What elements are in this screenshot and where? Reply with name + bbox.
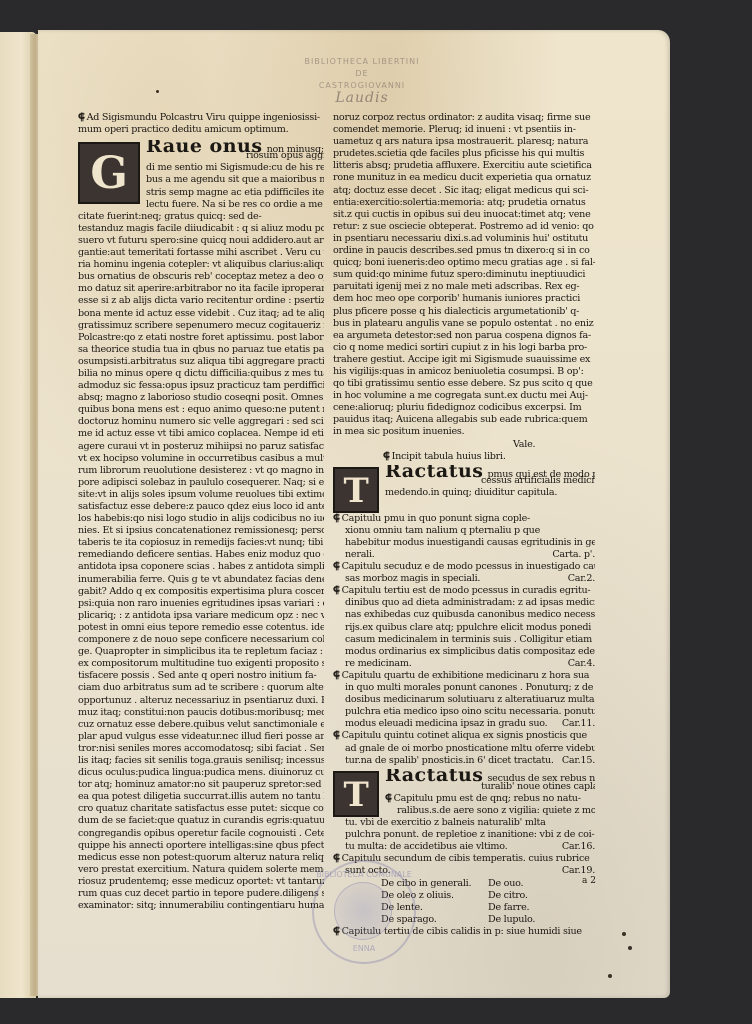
body-line: bona mente id actuz esse videbit . Cuz i… [78,308,324,320]
chapter-entry: ⸿Capitulu quintu cotinet aliqua ex signi… [333,730,595,766]
stamp-text: BIBLIOTECA COMUNALE [314,870,414,879]
body-line: opportunuz . alteruz necessariuz in psen… [78,695,324,707]
body-line: ge. Quapropter in simplicibus ita te rep… [78,646,324,658]
chapter-line: pulchra ponunt. de repletioe z inanition… [333,829,595,841]
chapter-line: sas morboz magis in speciali.Car.2. [333,573,595,585]
body-line: comendet memorie. Pleruq; id inueni : vt… [333,124,595,136]
pilcrow-icon: ⸿ [333,513,340,524]
chapter-entry: ⸿Capitulu pmu in quo ponunt signa cople-… [333,513,595,561]
body-line: cene:alioruq; pluriu fidedignoz codicibu… [333,402,595,414]
pilcrow-icon: ⸿ [333,730,340,741]
folio-reference: Car.4. [568,658,595,670]
pilcrow-icon: ⸿ [385,793,392,804]
stamp-line: BIBLIOTHECA LIBERTINI [302,56,422,68]
chapter-line: rijs.ex quibus clare atq; ppulchre elici… [333,622,595,634]
chapter-line: pulchra etia medico ipso oino scitu nece… [333,706,595,718]
stamp-text: ENNA [314,944,414,953]
rubric-item: De lupulo. [488,914,595,926]
chapter-line: ⸿Capitulu tertiu est de modo pcessus in … [333,585,595,597]
folio-reference: Car.2. [568,573,595,585]
folio-reference: Carta. p'. [552,549,595,561]
chapter-line: ⸿Capitulu pmu est de qnq; rebus no natu- [385,793,595,805]
chapter-line: ⸿Capitulu quintu cotinet aliqua ex signi… [333,730,595,742]
decorated-initial-t: T [333,467,379,513]
body-line: uametuz q ars natura ipsa mostrauerit. p… [333,136,595,148]
body-line: sum quid:qo minime futuz spero:diminutu … [333,269,595,281]
body-line: paruitati igenij mei z no male meti adsc… [333,281,595,293]
body-line: remediando deficere sentias. Habes eniz … [78,549,324,561]
body-line: los habebis:qo nisi logo studio in alijs… [78,513,324,525]
chapter-line: dinibus quo ad dieta administradam: z ad… [333,597,595,609]
rubric-item: De citro. [488,890,595,902]
paper-spot [622,932,626,936]
body-line: sa theorice studia tua in qbus no paruaz… [78,344,324,356]
body-line: his vigilijs:quas in amicoz beniuoletia … [333,366,595,378]
body-line: admoduz sic fessa:opus ipsuz practicuz t… [78,380,324,392]
table-heading: ⸿Incipit tabula huius libri. [333,451,595,463]
body-line: ea argumeta detestor:sed non parua cospe… [333,330,595,342]
body-line: in mea sic positum inuenies. [333,426,595,438]
library-stamp-bottom: BIBLIOTECA COMUNALE ENNA [312,860,416,964]
pilcrow-icon: ⸿ [333,585,340,596]
body-line: esse si z ab alijs dicta vario recitentu… [78,295,324,307]
pilcrow-icon: ⸿ [333,561,340,572]
body-line: taberis te ita copiosuz in remedijs faci… [78,537,324,549]
body-line: nies. Et si ipsius concatenationez remis… [78,525,324,537]
paper-spot [628,946,632,950]
body-line: gabit? Addo q ex compositis expertisima … [78,586,324,598]
body-line: gratissimuz scribere sepenumero mecuz co… [78,320,324,332]
body-line: rum librorum reuolutione desisterez : vt… [78,465,324,477]
body-line: congregandis opibus operetur facile cogn… [78,828,324,840]
dedication-line: mum operi practico deditu amicum optimum… [78,124,324,136]
chapter-line: habebitur modus inuestigandi causas egri… [333,537,595,549]
body-line: potest in omni eius tepore remedio esse … [78,622,324,634]
chapter-line: tu multa: de accidetibus aie vltimo.Car.… [333,841,595,853]
chapter-line: tu. vbi de exercitio z balneis naturalib… [333,817,595,829]
body-line: entia:exercitio:solertia:memoria: atq; p… [333,197,595,209]
body-line: quibus bona mens est : equo animo queso:… [78,404,324,416]
body-line: doctoruz hominu numero sic velle aggrega… [78,416,324,428]
library-stamp-top: BIBLIOTHECA LIBERTINI DE CASTROGIOVANNI … [302,56,422,116]
decorated-initial-t: T [333,771,379,817]
chapter-line: ad gnale de oi morbo pnosticatione mltu … [333,743,595,755]
chapter-line: modus eleuadi medicina ipsaz in gradu su… [333,718,595,730]
body-line: atq; doctuz esse decet . Sic itaq; eliga… [333,185,595,197]
paper-spot [608,974,612,978]
body-text: testanduz magis facile diiudicabit : q s… [78,223,324,912]
body-line: cio q nome medici sortiri cupiut z in hi… [333,342,595,354]
stamp-emblem-icon [334,882,392,940]
signature-mark: a 2 [582,876,596,886]
body-line: psi:quia non raro inuenies egritudines i… [78,598,324,610]
body-line: absq; magno z laborioso studio coseqni p… [78,392,324,404]
body-line: dum de se faciet:que quatuz in curandis … [78,815,324,827]
body-line: quicq; boni iueneris:deo optimo mecu gra… [333,257,595,269]
chapter-line: ⸿Capitulu secuduz e de modo pcessus in i… [333,561,595,573]
decorated-initial-g: G [78,142,140,204]
body-line: examinator: sitq; innumerabiliu continge… [78,900,324,912]
body-line: in psentiaru necessariu dixi.s.ad volumi… [333,233,595,245]
body-line: vero prestat exercitium. Natura quidem s… [78,864,324,876]
body-line: antidota ipsa coponere scias . habes z a… [78,561,324,573]
body-line: inumerabilia ferre. Quis g te vt abundat… [78,574,324,586]
body-line: ordine in paucis describes.sed pmus tn d… [333,245,595,257]
body-line: pore adipisci solebaz in paululo coseque… [78,477,324,489]
vale-line: Vale. [333,439,595,451]
body-line: medicus esse non potest:quorum alteruz n… [78,852,324,864]
body-line: noruz corpoz rectus ordinator: z audita … [333,112,595,124]
body-line: riosuz prudentemq; esse medicuz oportet:… [78,876,324,888]
body-line: vt ex hocipso volumine in occurretibus c… [78,453,324,465]
stamp-line: DE [302,68,422,80]
chapter-line: nerali.Carta. p'. [333,549,595,561]
body-line: tor atq; hominuz amator:no sit pauperuz … [78,779,324,791]
body-line: pauidus itaq; Auicena allegabis sub eade… [333,414,595,426]
paper-spot [156,90,159,93]
body-line: osumpsisti.arbitratus suz aliqua tibi ag… [78,356,324,368]
chapter-line: modus ordinarius ex simplicibus datis co… [333,646,595,658]
body-line: citate fuerint:neq; gratus quicq: sed de… [78,211,324,223]
body-line: stris semp magne ac etia pdifficiles ite… [146,187,324,199]
chapter-line: tur.na de spalib' pnosticis.in 6' dicet … [333,755,595,767]
body-line: satisfactuz esse debere:z pauco qdez eiu… [78,501,324,513]
body-line: muz itaq; constitui:non paucis dotibus:m… [78,707,324,719]
body-line: qo tibi gratissimu sentio esse debere. S… [333,378,595,390]
body-line: rone munituz in ea medicu ducit experiet… [333,172,595,184]
body-line: ria hominu ingenia cotepler: vt aliquibu… [78,259,324,271]
chapter-entry: ⸿Capitulu tertiu est de modo pcessus in … [333,585,595,670]
chapter-line: nas exhibedas cuz quibusda canonibus med… [333,609,595,621]
body-line: mo datuz sit aperire:arbitrabor no ita f… [78,283,324,295]
body-line: agere curaui vt in posteruz mihiipsi no … [78,441,324,453]
stamp-signature: Laudis [302,92,422,104]
body-line: tisfacere possis . Sed ante q operi nost… [78,670,324,682]
body-line: litteris absq; prudetia affluxere. Exerc… [333,160,595,172]
body-line: plus pficere posse q his dialecticis arg… [333,306,595,318]
chapter-line: ⸿Capitulu quartu de exhibitione medicina… [333,670,595,682]
body-line: gantie:aut temeritati fortasse mihi ascr… [78,247,324,259]
body-line: sit.z qui cuctis in opibus sui deu inuoc… [333,209,595,221]
body-line: componere z de nouo sepe conficere neces… [78,634,324,646]
body-line: site:vt in alijs soles ipsum volume reuo… [78,489,324,501]
chapter-line: re medicinam.Car.4. [333,658,595,670]
body-line: bus ornatius de obscuris reb' coceptaz m… [78,271,324,283]
body-line: prudetes.scietia qde faciles plus pficis… [333,148,595,160]
body-line: in hoc volumine a me cogregata sunt.ex d… [333,390,595,402]
chapter-line: ralibus.s.de aere sono z vigilia: quiete… [385,805,595,817]
folio-reference: Car.16. [562,841,595,853]
chapter-line: xionu omniu tam nalium q pternaliu p que [333,525,595,537]
folio-reference: Car.11. [562,718,595,730]
body-line: ciam duo arbitratus sum ad te scribere :… [78,682,324,694]
dedication-line: ⸿Ad Sigismundu Polcastru Viru quippe ing… [78,112,324,124]
body-line: cuz ornatuz esse debere.quibus velut san… [78,719,324,731]
body-line: plar apud vulgus esse videatur.nec illud… [78,731,324,743]
body-line: lis itaq; facies sit senilis toga.grauis… [78,755,324,767]
tractatus-line: medendo.in quinq; diuiditur capitula. [385,487,595,499]
body-line: lectu fuere. Na si be res co ordie a me … [146,199,324,211]
text-column-right: noruz corpoz rectus ordinator: z audita … [333,112,595,938]
body-line: bilia no minus opere q dictu difficilia:… [78,368,324,380]
body-line: dem hoc meo ope corporib' humanis iunior… [333,293,595,305]
pilcrow-icon: ⸿ [333,853,340,864]
body-line: me id actuz esse vt tibi amico coplacea.… [78,428,324,440]
body-line: retur: z sue osciecie obteperat. Postrem… [333,221,595,233]
rubric-item: De farre. [488,902,595,914]
body-line: tror:nisi seniles mores accomodatosq; si… [78,743,324,755]
body-line: rum quas cuz decet partio in tepore pude… [78,888,324,900]
body-line: dicus oculus:pudica lingua:pudica mens. … [78,767,324,779]
rubric-item: De ouo. [488,878,595,890]
chapter-line: dosibus medicinarum solutiuaru z alterat… [333,694,595,706]
pilcrow-icon: ⸿ [333,670,340,681]
body-line: ex compositorum multitudine tuo exigenti… [78,658,324,670]
body-line: ea qua potest diligetia succurrat.illis … [78,791,324,803]
chapter-entry: ⸿Capitulu secuduz e de modo pcessus in i… [333,561,595,585]
pilcrow-icon: ⸿ [78,112,85,123]
body-line: di me sentio mi Sigismude:cu de his re- [146,162,324,174]
chapter-list: ⸿Capitulu pmu in quo ponunt signa cople-… [333,513,595,767]
folio-reference: Car.15. [562,755,595,767]
body-line: suero vt futuru spero:sine quicq noui ad… [78,235,324,247]
body-line: bus a me agendu sit que a maioribus no- [146,174,324,186]
body-line: testanduz magis facile diiudicabit : q s… [78,223,324,235]
body-line: quippe his annecti oportere intelligas:s… [78,840,324,852]
body-line: Polcastre:qo z etati nostre foret aptiss… [78,332,324,344]
body-text: noruz corpoz rectus ordinator: z audita … [333,112,595,439]
chapter-line: casum medicinalem in terminis suis . Col… [333,634,595,646]
chapter-line: in quo multi morales ponunt canones . Po… [333,682,595,694]
chapter-entry: ⸿Capitulu quartu de exhibitione medicina… [333,670,595,730]
body-line: trahere gestiut. Accipe igit mi Sigismud… [333,354,595,366]
text-column-left: ⸿Ad Sigismundu Polcastru Viru quippe ing… [78,112,324,912]
body-line: plicariq; : z antidota ipsa variare medi… [78,610,324,622]
chapter-line: ⸿Capitulu pmu in quo ponunt signa cople- [333,513,595,525]
body-line: bus in platearu angulis vane se populo o… [333,318,595,330]
body-line: cro quatuz charitate satisfactus esse pu… [78,803,324,815]
pilcrow-icon: ⸿ [383,451,390,462]
